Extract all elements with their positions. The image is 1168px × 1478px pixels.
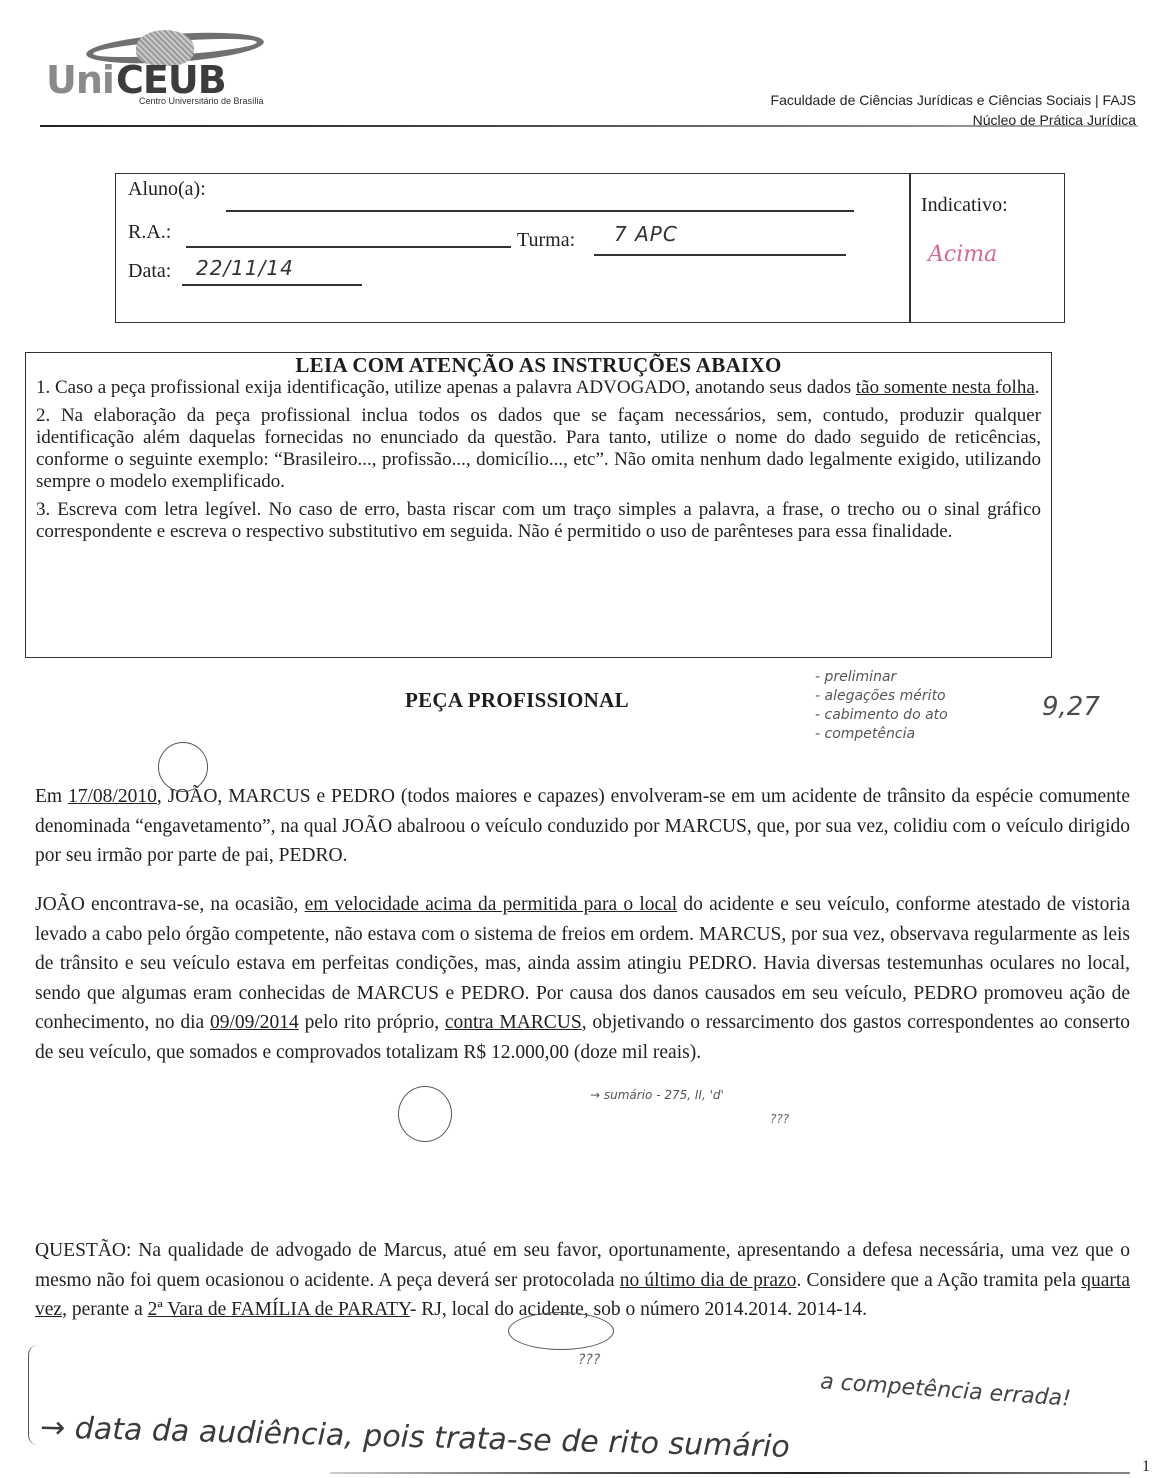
circle-mark bbox=[398, 1086, 452, 1142]
indicativo-value: Acima bbox=[928, 242, 997, 267]
instruction-1-text: 1. Caso a peça profissional exija identi… bbox=[36, 377, 856, 398]
ra-line bbox=[186, 246, 511, 248]
instruction-3: 3. Escreva com letra legível. No caso de… bbox=[36, 499, 1041, 543]
data-label: Data: bbox=[128, 260, 171, 283]
instructions-box: LEIA COM ATENÇÃO AS INSTRUÇÕES ABAIXO 1.… bbox=[25, 352, 1052, 658]
p2-rito: pelo rito próprio, bbox=[299, 1012, 445, 1033]
aluno-redacted bbox=[233, 178, 753, 204]
question-marks: ??? bbox=[578, 1352, 600, 1368]
data-field[interactable]: 22/11/14 bbox=[196, 256, 294, 280]
checklist-item: - preliminar bbox=[815, 668, 948, 687]
p1-start: Em bbox=[35, 786, 68, 807]
student-info-box: Aluno(a): R.A.: Turma: 7 APC Data: 22/11… bbox=[115, 173, 1065, 323]
case-paragraph-1: Em 17/08/2010, JOÃO, MARCUS e PEDRO (tod… bbox=[35, 782, 1130, 879]
circle-mark bbox=[508, 1312, 614, 1350]
audiencia-note: → data da audiência, pois trata-se de ri… bbox=[40, 1410, 791, 1465]
instruction-1-end: . bbox=[1035, 377, 1040, 398]
logo-subtitle: Centro Universitário de Brasília bbox=[139, 96, 264, 106]
data-line bbox=[182, 284, 362, 286]
court-underline: 2ª Vara de FAMÍLIA de PARATY bbox=[148, 1299, 410, 1320]
turma-field[interactable]: 7 APC bbox=[614, 222, 678, 246]
p2-start: JOÃO encontrava-se, na ocasião, bbox=[35, 894, 305, 915]
aluno-line bbox=[226, 210, 854, 212]
rito-note: → sumário - 275, II, 'd' bbox=[590, 1088, 724, 1102]
instruction-1: 1. Caso a peça profissional exija identi… bbox=[36, 377, 1041, 399]
turma-label: Turma: bbox=[517, 229, 575, 252]
competencia-note: a competência errada! bbox=[819, 1369, 1071, 1411]
checklist-item: - cabimento do ato bbox=[815, 706, 948, 725]
instructions-title: LEIA COM ATENÇÃO AS INSTRUÇÕES ABAIXO bbox=[36, 353, 1041, 377]
instruction-2: 2. Na elaboração da peça profissional in… bbox=[36, 405, 1041, 493]
logo-brand-light: Uni bbox=[46, 60, 114, 100]
defendant-underline: contra MARCUS bbox=[445, 1012, 582, 1033]
p3-mid: . Considere que a Ação tramita pela bbox=[796, 1270, 1081, 1291]
ra-label: R.A.: bbox=[128, 221, 171, 244]
grade-score: 9,27 bbox=[1042, 692, 1100, 722]
aluno-label: Aluno(a): bbox=[128, 178, 206, 201]
header-divider bbox=[40, 125, 1138, 127]
info-divider bbox=[909, 174, 911, 322]
department-name: Núcleo de Prática Jurídica bbox=[771, 110, 1136, 130]
circle-mark bbox=[158, 742, 208, 792]
filing-date: 09/09/2014 bbox=[210, 1012, 299, 1033]
indicativo-label: Indicativo: bbox=[921, 194, 1008, 217]
p3-perante: , perante a bbox=[62, 1299, 148, 1320]
checklist-item: - competência bbox=[815, 725, 948, 744]
uniceub-logo: Uni CEUB Centro Universitário de Brasíli… bbox=[46, 30, 286, 110]
p3-end: - RJ, local do acidente, sob o número 20… bbox=[410, 1299, 867, 1320]
faculty-heading: Faculdade de Ciências Jurídicas e Ciênci… bbox=[771, 90, 1136, 130]
accident-date: 17/08/2010 bbox=[68, 786, 157, 807]
p1-rest: , JOÃO, MARCUS e PEDRO (todos maiores e … bbox=[35, 786, 1130, 866]
footer-divider bbox=[330, 1472, 1130, 1474]
instruction-1-emphasis: tão somente nesta folha bbox=[856, 377, 1035, 398]
logo-brand-dark: CEUB bbox=[116, 60, 226, 100]
faculty-name: Faculdade de Ciências Jurídicas e Ciênci… bbox=[771, 90, 1136, 110]
grader-checklist: - preliminar - alegações mérito - cabime… bbox=[815, 668, 948, 744]
question-marks: ??? bbox=[770, 1112, 789, 1126]
checklist-item: - alegações mérito bbox=[815, 687, 948, 706]
turma-line bbox=[594, 254, 846, 256]
deadline-underline: no último dia de prazo bbox=[620, 1270, 797, 1291]
case-paragraph-2: JOÃO encontrava-se, na ocasião, em veloc… bbox=[35, 890, 1130, 1075]
speed-underline: em velocidade acima da permitida para o … bbox=[305, 894, 678, 915]
section-title: PEÇA PROFISSIONAL bbox=[405, 688, 629, 713]
page-number: 1 bbox=[1142, 1458, 1150, 1476]
